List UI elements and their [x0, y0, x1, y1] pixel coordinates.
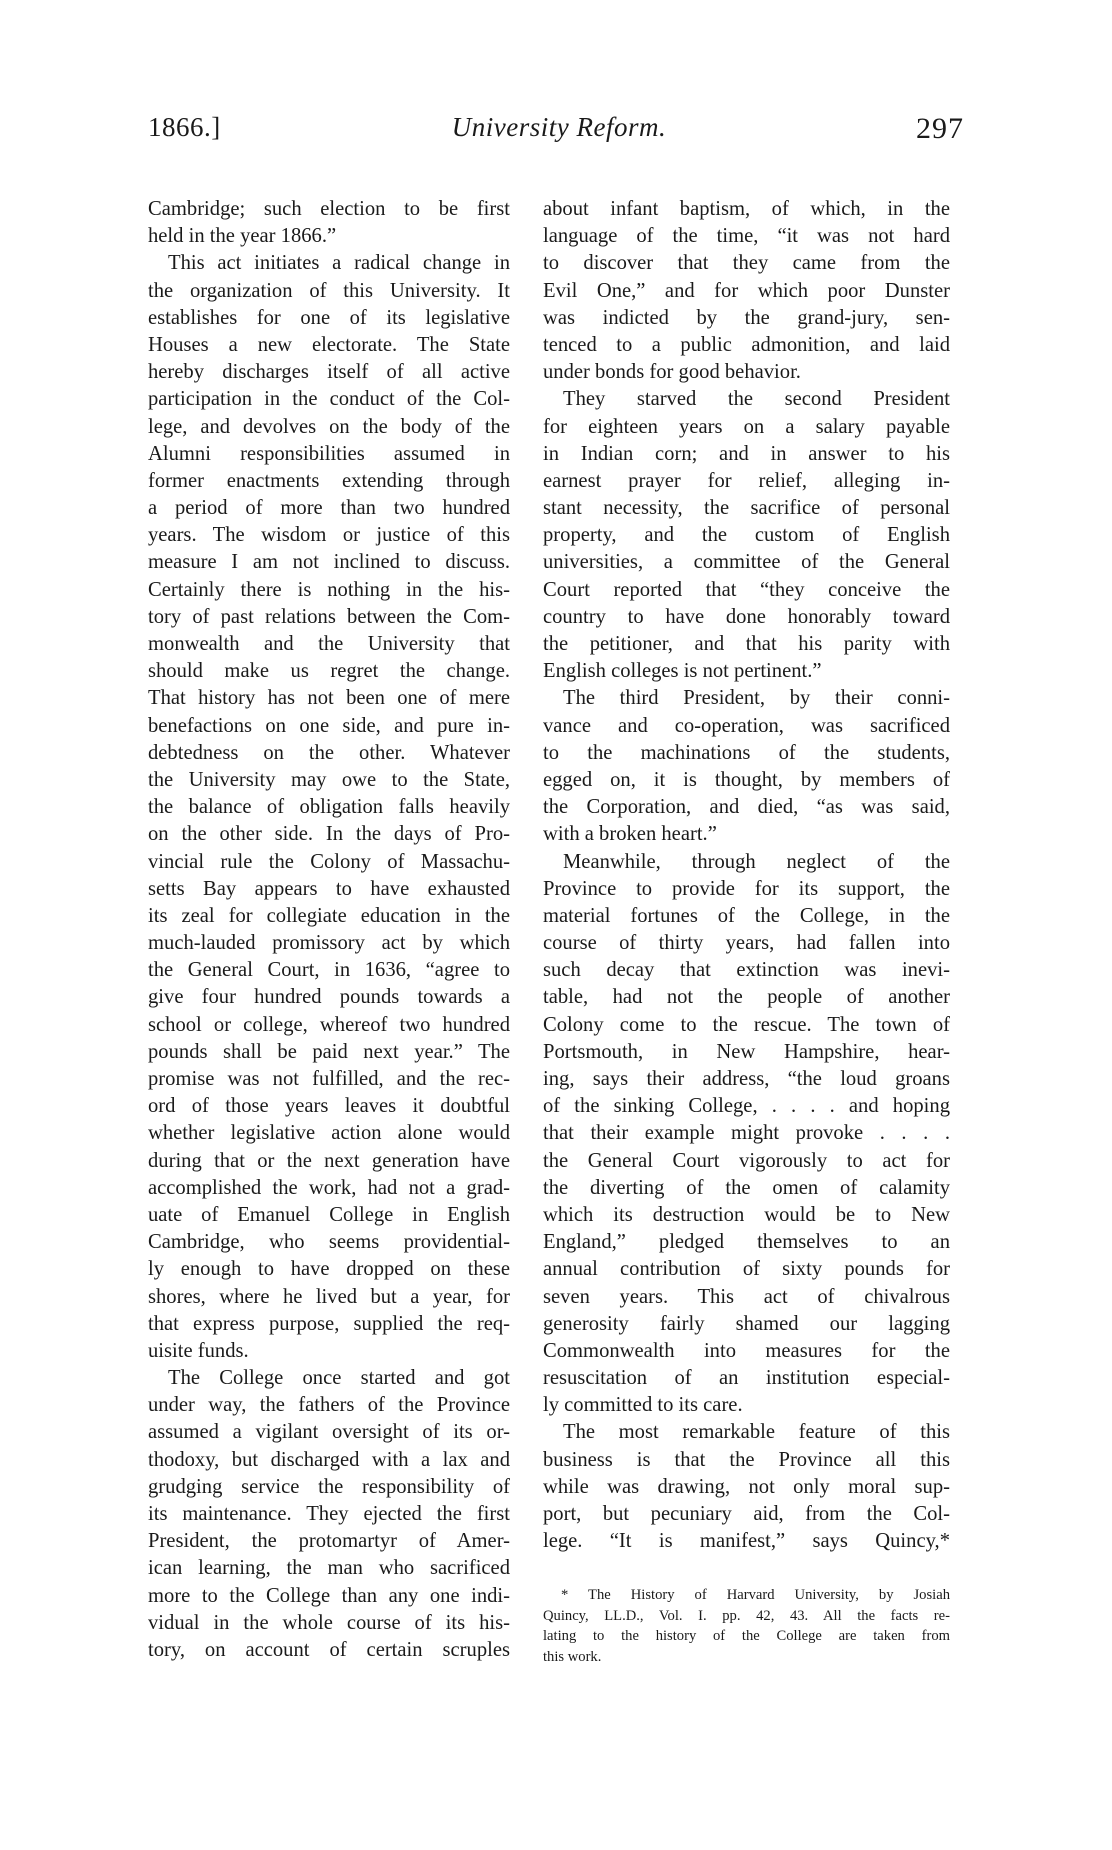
text-line: Cambridge; such election to be first [148, 196, 510, 223]
text-line: country to have done honorably toward [543, 604, 950, 631]
text-line: such decay that extinction was inevi- [543, 957, 950, 984]
text-line: Province to provide for its support, the [543, 876, 950, 903]
text-line: years. The wisdom or justice of this [148, 522, 510, 549]
text-line: measure I am not inclined to discuss. [148, 549, 510, 576]
text-line: England,” pledged themselves to an [543, 1229, 950, 1256]
text-line: school or college, whereof two hundred [148, 1012, 510, 1039]
text-line: tory of past relations between the Com- [148, 604, 510, 631]
text-line: that their example might provoke . . . . [543, 1120, 950, 1147]
text-line: assumed a vigilant oversight of its or- [148, 1419, 510, 1446]
text-line: resuscitation of an institution especial… [543, 1365, 950, 1392]
text-line: under way, the fathers of the Province [148, 1392, 510, 1419]
text-line: for eighteen years on a salary payable [543, 414, 950, 441]
text-line: port, but pecuniary aid, from the Col- [543, 1501, 950, 1528]
text-line: thodoxy, but discharged with a lax and [148, 1447, 510, 1474]
text-line: Meanwhile, through neglect of the [543, 849, 950, 876]
text-line: while was drawing, not only moral sup- [543, 1474, 950, 1501]
text-line: shores, where he lived but a year, for [148, 1284, 510, 1311]
text-line: vance and co-operation, was sacrificed [543, 713, 950, 740]
text-line: to the machinations of the students, [543, 740, 950, 767]
text-line: vidual in the whole course of its his- [148, 1610, 510, 1637]
text-line: ly enough to have dropped on these [148, 1256, 510, 1283]
text-line: business is that the Province all this [543, 1447, 950, 1474]
footnote-line: Quincy, LL.D., Vol. I. pp. 42, 43. All t… [543, 1606, 950, 1627]
running-header: 1866.] University Reform. 297 [148, 112, 970, 152]
text-line: Portsmouth, in New Hampshire, hear- [543, 1039, 950, 1066]
text-line: Alumni responsibilities assumed in [148, 441, 510, 468]
text-line: about infant baptism, of which, in the [543, 196, 950, 223]
text-line: of the sinking College, . . . . and hopi… [543, 1093, 950, 1120]
text-line: accomplished the work, had not a grad- [148, 1175, 510, 1202]
text-line: vincial rule the Colony of Massachu- [148, 849, 510, 876]
page-number: 297 [916, 112, 964, 146]
text-line: on the other side. In the days of Pro- [148, 821, 510, 848]
text-line: ican learning, the man who sacrificed [148, 1555, 510, 1582]
text-line: President, the protomartyr of Amer- [148, 1528, 510, 1555]
text-line: the organization of this University. It [148, 278, 510, 305]
text-line: the petitioner, and that his parity with [543, 631, 950, 658]
text-line: egged on, it is thought, by members of [543, 767, 950, 794]
text-line: in Indian corn; and in answer to his [543, 441, 950, 468]
text-line: ord of those years leaves it doubtful [148, 1093, 510, 1120]
text-line: Cambridge, who seems providential- [148, 1229, 510, 1256]
text-line: The third President, by their conni- [543, 685, 950, 712]
text-line: ing, says their address, “the loud groan… [543, 1066, 950, 1093]
text-line: former enactments extending through [148, 468, 510, 495]
text-line: promise was not fulfilled, and the rec- [148, 1066, 510, 1093]
text-line: the balance of obligation falls heavily [148, 794, 510, 821]
text-line: This act initiates a radical change in [148, 250, 510, 277]
left-text-column: Cambridge; such election to be firstheld… [148, 196, 510, 1664]
footnote-line: lating to the history of the College are… [543, 1626, 950, 1647]
text-line: universities, a committee of the General [543, 549, 950, 576]
footnote-line: this work. [543, 1647, 950, 1668]
text-line: Commonwealth into measures for the [543, 1338, 950, 1365]
text-line: course of thirty years, had fallen into [543, 930, 950, 957]
text-line: more to the College than any one indi- [148, 1583, 510, 1610]
text-line: held in the year 1866.” [148, 223, 510, 250]
text-line: under bonds for good behavior. [543, 359, 950, 386]
text-line: its maintenance. They ejected the first [148, 1501, 510, 1528]
text-line: The most remarkable feature of this [543, 1419, 950, 1446]
text-line: give four hundred pounds towards a [148, 984, 510, 1011]
text-line: a period of more than two hundred [148, 495, 510, 522]
text-line: grudging service the responsibility of [148, 1474, 510, 1501]
text-line: lege, and devolves on the body of the [148, 414, 510, 441]
text-line: language of the time, “it was not hard [543, 223, 950, 250]
text-line: establishes for one of its legislative [148, 305, 510, 332]
text-line: Evil One,” and for which poor Dunster [543, 278, 950, 305]
text-line: setts Bay appears to have exhausted [148, 876, 510, 903]
header-title: University Reform. [148, 112, 970, 143]
text-line: That history has not been one of mere [148, 685, 510, 712]
text-line: generosity fairly shamed our lagging [543, 1311, 950, 1338]
right-text-column: about infant baptism, of which, in thela… [543, 196, 950, 1555]
text-line: the University may owe to the State, [148, 767, 510, 794]
text-line: during that or the next generation have [148, 1148, 510, 1175]
text-line: English colleges is not pertinent.” [543, 658, 950, 685]
text-line: property, and the custom of English [543, 522, 950, 549]
text-line: Court reported that “they conceive the [543, 577, 950, 604]
text-line: tenced to a public admonition, and laid [543, 332, 950, 359]
text-line: with a broken heart.” [543, 821, 950, 848]
text-line: much-lauded promissory act by which [148, 930, 510, 957]
text-line: benefactions on one side, and pure in- [148, 713, 510, 740]
text-line: hereby discharges itself of all active [148, 359, 510, 386]
text-line: earnest prayer for relief, alleging in- [543, 468, 950, 495]
text-line: uate of Emanuel College in English [148, 1202, 510, 1229]
text-line: stant necessity, the sacrifice of person… [543, 495, 950, 522]
text-line: was indicted by the grand-jury, sen- [543, 305, 950, 332]
footnote: * The History of Harvard University, by … [543, 1585, 950, 1667]
text-line: whether legislative action alone would [148, 1120, 510, 1147]
text-line: tory, on account of certain scruples [148, 1637, 510, 1664]
text-line: should make us regret the change. [148, 658, 510, 685]
text-line: Certainly there is nothing in the his- [148, 577, 510, 604]
text-line: uisite funds. [148, 1338, 510, 1365]
text-line: that express purpose, supplied the req- [148, 1311, 510, 1338]
text-line: lege. “It is manifest,” says Quincy,* [543, 1528, 950, 1555]
text-line: ly committed to its care. [543, 1392, 950, 1419]
text-line: the General Court, in 1636, “agree to [148, 957, 510, 984]
text-line: participation in the conduct of the Col- [148, 386, 510, 413]
text-line: annual contribution of sixty pounds for [543, 1256, 950, 1283]
footnote-line: * The History of Harvard University, by … [543, 1585, 950, 1606]
text-line: the General Court vigorously to act for [543, 1148, 950, 1175]
text-line: its zeal for collegiate education in the [148, 903, 510, 930]
text-line: to discover that they came from the [543, 250, 950, 277]
text-line: The College once started and got [148, 1365, 510, 1392]
text-line: Colony come to the rescue. The town of [543, 1012, 950, 1039]
text-line: pounds shall be paid next year.” The [148, 1039, 510, 1066]
text-line: which its destruction would be to New [543, 1202, 950, 1229]
text-line: the Corporation, and died, “as was said, [543, 794, 950, 821]
text-line: debtedness on the other. Whatever [148, 740, 510, 767]
text-line: the diverting of the omen of calamity [543, 1175, 950, 1202]
text-line: Houses a new electorate. The State [148, 332, 510, 359]
text-line: They starved the second President [543, 386, 950, 413]
text-line: monwealth and the University that [148, 631, 510, 658]
text-line: material fortunes of the College, in the [543, 903, 950, 930]
text-line: seven years. This act of chivalrous [543, 1284, 950, 1311]
text-line: table, had not the people of another [543, 984, 950, 1011]
